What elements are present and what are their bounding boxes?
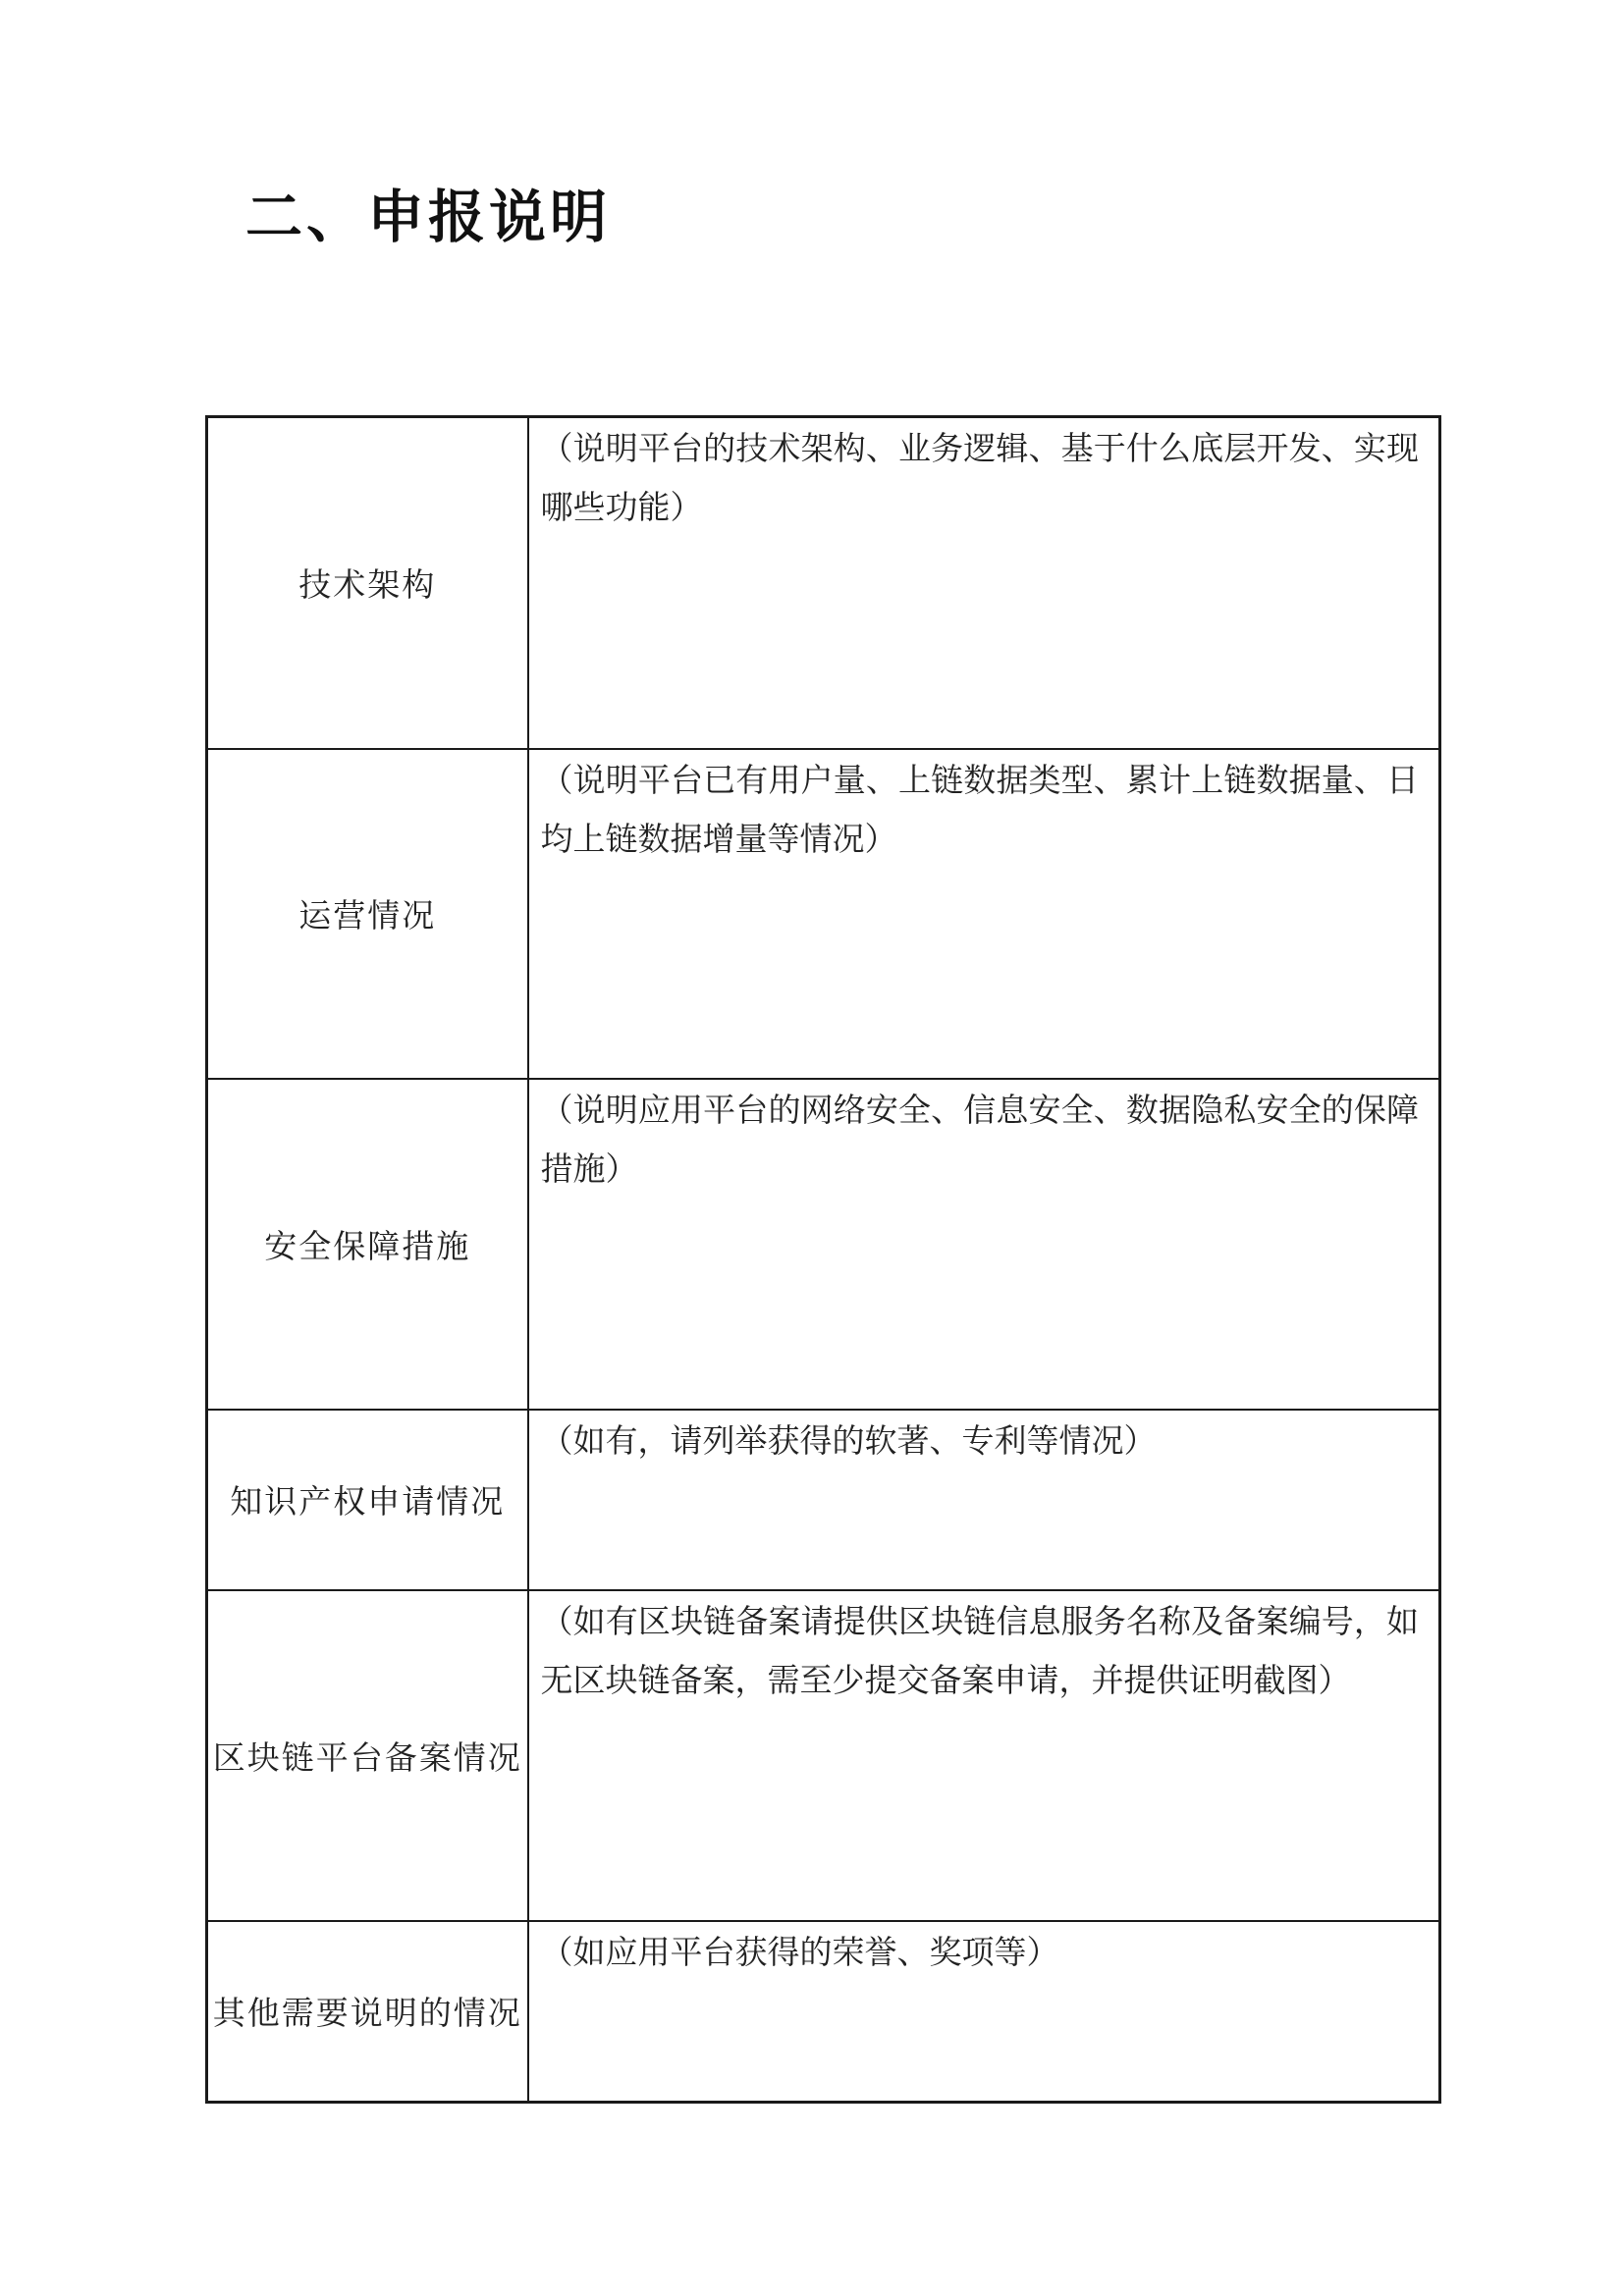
row-label-ip-application: 知识产权申请情况 (207, 1410, 528, 1590)
row-label-other-notes: 其他需要说明的情况 (207, 1921, 528, 2103)
table-row-ip-application: 知识产权申请情况 （如有，请列举获得的软著、专利等情况） (207, 1410, 1440, 1590)
table-row-security-measures: 安全保障措施 （说明应用平台的网络安全、信息安全、数据隐私安全的保障措施） (207, 1079, 1440, 1410)
row-content-ip-application: （如有，请列举获得的软著、专利等情况） (528, 1410, 1440, 1590)
declaration-table: 技术架构 （说明平台的技术架构、业务逻辑、基于什么底层开发、实现哪些功能） 运营… (205, 415, 1441, 2104)
table-row-operation-status: 运营情况 （说明平台已有用户量、上链数据类型、累计上链数据量、日均上链数据增量等… (207, 749, 1440, 1080)
page-title: 二、申报说明 (245, 171, 611, 253)
row-label-tech-architecture: 技术架构 (207, 417, 528, 749)
row-content-tech-architecture: （说明平台的技术架构、业务逻辑、基于什么底层开发、实现哪些功能） (528, 417, 1440, 749)
row-content-blockchain-filing: （如有区块链备案请提供区块链信息服务名称及备案编号，如无区块链备案，需至少提交备… (528, 1590, 1440, 1921)
row-label-operation-status: 运营情况 (207, 749, 528, 1080)
row-content-security-measures: （说明应用平台的网络安全、信息安全、数据隐私安全的保障措施） (528, 1079, 1440, 1410)
row-content-operation-status: （说明平台已有用户量、上链数据类型、累计上链数据量、日均上链数据增量等情况） (528, 749, 1440, 1080)
row-label-security-measures: 安全保障措施 (207, 1079, 528, 1410)
table-row-blockchain-filing: 区块链平台备案情况 （如有区块链备案请提供区块链信息服务名称及备案编号，如无区块… (207, 1590, 1440, 1921)
row-label-blockchain-filing: 区块链平台备案情况 (207, 1590, 528, 1921)
row-content-other-notes: （如应用平台获得的荣誉、奖项等） (528, 1921, 1440, 2103)
table-row-other-notes: 其他需要说明的情况 （如应用平台获得的荣誉、奖项等） (207, 1921, 1440, 2103)
table-row-tech-architecture: 技术架构 （说明平台的技术架构、业务逻辑、基于什么底层开发、实现哪些功能） (207, 417, 1440, 749)
document-page: 二、申报说明 技术架构 （说明平台的技术架构、业务逻辑、基于什么底层开发、实现哪… (0, 0, 1623, 2296)
